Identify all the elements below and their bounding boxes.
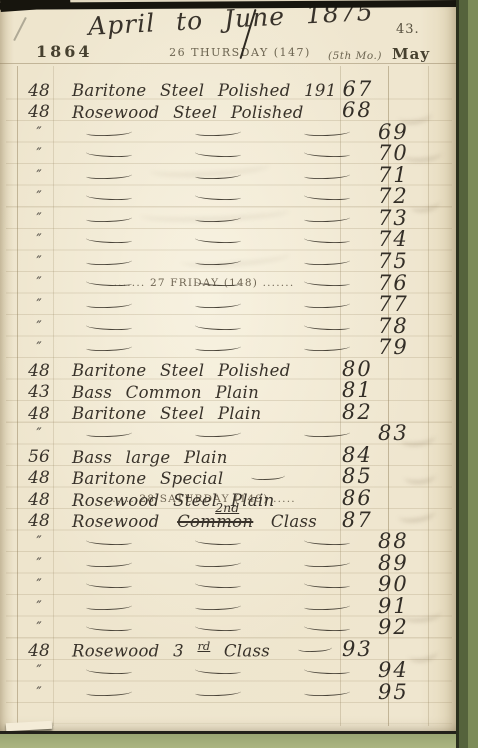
handwritten-dash [304,667,350,675]
handwritten-dash [86,538,132,546]
serial-number: 77 [378,295,448,315]
quantity: ″ [22,578,56,595]
description-text: Rosewood Steel Polished [72,103,304,122]
handwritten-dash [86,150,132,158]
handwritten-dash [195,559,241,567]
ledger-row: 48Rosewood Steel Polished 68 [0,100,458,122]
description [72,301,372,315]
handwritten-dash [86,258,132,266]
ledger-row: ....... 27 FRIDAY (148) .......″76 [0,272,458,294]
struck-word: 2ndCommon [177,513,253,530]
description [72,344,372,358]
quantity: ″ [22,276,56,293]
book-bottom-edge [0,731,458,748]
description [72,150,372,164]
inserted-correction: 2nd [215,501,239,514]
serial-number: 79 [378,338,448,358]
handwritten-dash [86,236,132,244]
handwritten-dash [304,581,350,589]
description: Bass large Plain [72,449,336,466]
handwritten-dash [195,128,241,136]
ledger-row: ″91 [0,595,458,617]
description-text: Rosewood 3 [72,641,184,660]
description [72,236,372,250]
book-top-edge-corner [0,0,71,12]
quantity: ″ [22,621,56,638]
serial-number: 90 [378,575,448,595]
quantity: ″ [22,664,56,681]
ledger-row: 48Rosewood 2ndCommon Class 87 [0,509,458,531]
description: Baritone Special [72,470,336,487]
description [72,129,372,143]
handwritten-dash [86,667,132,675]
serial-number: 95 [378,683,448,703]
description [72,667,372,681]
quantity: 48 [22,492,56,509]
description: Baritone Steel Plain [72,405,336,422]
handwritten-dash [86,581,132,589]
handwritten-dash [86,171,132,179]
serial-number: 85 [342,467,412,487]
description: Rosewood 2ndCommon Class [72,513,336,530]
ledger-row: 48Rosewood 3 rd Class 93 [0,638,458,660]
description [72,279,372,293]
description [72,560,372,574]
quantity: 48 [22,104,56,121]
description [72,172,372,186]
serial-number: 88 [378,532,448,552]
month-prefix: (5th Mo.) [328,50,382,62]
quantity: 48 [22,643,56,660]
serial-number: 75 [378,252,448,272]
ledger-row: 43Bass Common Plain 81 [0,380,458,402]
description [72,258,372,272]
ledger-row: ″94 [0,660,458,682]
handwritten-dash [195,301,241,309]
serial-number: 80 [342,360,412,380]
serial-number: 94 [378,661,448,681]
ledger-row: 48Baritone Steel Polished 191 67 [0,78,458,100]
handwritten-dash [195,581,241,589]
quantity: ″ [22,233,56,250]
ledger-row: ″72 [0,186,458,208]
description-text: Rosewood [72,512,160,531]
handwritten-dash [86,559,132,567]
ledger-row: ″83 [0,423,458,445]
page-number: 43. [396,22,420,37]
handwritten-dash [304,301,350,309]
description-text: Baritone Special [72,469,223,488]
quantity: ″ [22,190,56,207]
quantity: 48 [22,363,56,380]
description [72,323,372,337]
printed-month-heading: (5th Mo.) May [328,44,430,63]
handwritten-dash [86,193,132,201]
handwritten-dash [195,193,241,201]
handwritten-dash [304,236,350,244]
handwritten-dash [304,171,350,179]
description-text: Baritone Steel Polished [72,361,291,380]
handwritten-dash [86,344,132,352]
handwritten-dash [195,624,241,632]
serial-number: 74 [378,230,448,250]
description [72,603,372,617]
ledger-row: 48Baritone Steel Plain 82 [0,401,458,423]
description: Rosewood Steel Polished [72,104,336,121]
handwritten-dash [86,688,132,696]
quantity: ″ [22,147,56,164]
handwritten-dash [304,344,350,352]
quantity: ″ [22,535,56,552]
scanned-ledger-photo: April to June 1875 43. 1864 26 THURSDAY … [0,0,478,748]
description [72,581,372,595]
description-text: Rosewood Steel Plain [72,491,275,510]
description-text: Class [224,641,270,660]
handwritten-dash [86,301,132,309]
quantity: 48 [22,83,56,100]
ledger-row: ″90 [0,574,458,596]
description: Rosewood 3 rd Class [72,640,336,660]
description-text: Class [271,512,317,531]
description-text: Bass large Plain [72,448,228,467]
serial-number: 84 [342,446,412,466]
description [72,193,372,207]
serial-number: 67 [343,80,413,100]
handwritten-dash [304,150,350,158]
description-text: Baritone Steel Plain [72,404,261,423]
quantity: 43 [22,384,56,401]
handwritten-dash [195,258,241,266]
ledger-row: ″92 [0,617,458,639]
quantity: ″ [22,298,56,315]
quantity: 56 [22,449,56,466]
quantity: ″ [22,557,56,574]
handwritten-dash [195,602,241,610]
description [72,624,372,638]
quantity: ″ [22,686,56,703]
book-right-edge [456,0,478,748]
header-rule [0,63,458,64]
serial-number: 86 [342,489,412,509]
handwritten-dash [304,322,350,330]
serial-number: 71 [378,166,448,186]
quantity: 48 [22,470,56,487]
ledger-row: ″95 [0,681,458,703]
month-name: May [392,45,430,63]
handwritten-dash [304,193,350,201]
handwritten-dash [251,473,285,481]
handwritten-dash [86,279,132,287]
handwritten-dash [195,688,241,696]
ledger-row: ″77 [0,293,458,315]
serial-number: 89 [378,554,448,574]
handwritten-dash [304,538,350,546]
description: Baritone Steel Polished [72,362,336,379]
handwritten-dash [195,279,241,287]
handwritten-dash [195,430,241,438]
description-text: Baritone Steel Polished 191 [72,81,337,100]
serial-number: 69 [378,123,448,143]
handwritten-dash [86,624,132,632]
handwritten-dash [304,128,350,136]
ledger-row: ″78 [0,315,458,337]
ledger-row: 48Baritone Steel Polished 80 [0,358,458,380]
printed-year: 1864 [36,42,93,61]
handwritten-dash [304,624,350,632]
ledger-row: ″70 [0,143,458,165]
quantity: ″ [22,126,56,143]
ledger-rows: 48Baritone Steel Polished 191 6748Rosewo… [0,78,458,703]
handwritten-dash [195,322,241,330]
handwritten-dash [195,538,241,546]
ordinal-suffix: rd [197,639,210,653]
handwritten-dash [195,236,241,244]
handwritten-dash [304,258,350,266]
quantity: ″ [22,212,56,229]
handwritten-dash [86,430,132,438]
description: Baritone Steel Polished 191 [72,82,337,99]
quantity: ″ [22,427,56,444]
struck-text: Common [177,512,253,531]
description: Rosewood Steel Plain [72,492,336,509]
quantity: ″ [22,341,56,358]
ledger-row: ″79 [0,337,458,359]
handwritten-dash [304,279,350,287]
serial-number: 93 [342,640,412,660]
quantity: 48 [22,513,56,530]
quantity: 48 [22,406,56,423]
handwritten-dash [304,559,350,567]
serial-number: 82 [342,403,412,423]
ledger-row: 48Baritone Special 85 [0,466,458,488]
handwritten-dash [195,150,241,158]
quantity: ″ [22,600,56,617]
handwritten-dash [195,171,241,179]
description [72,538,372,552]
quantity: ″ [22,169,56,186]
handwritten-dash [86,602,132,610]
handwritten-dash [195,667,241,675]
serial-number: 73 [378,209,448,229]
ledger-row: ″74 [0,229,458,251]
ledger-row: ″88 [0,530,458,552]
handwritten-dash [86,214,132,222]
handwritten-dash [304,430,350,438]
quantity: ″ [22,320,56,337]
description: Bass Common Plain [72,384,336,401]
serial-number: 76 [378,274,448,294]
handwritten-dash [86,322,132,330]
ledger-row: ″89 [0,552,458,574]
pencil-mark [13,17,27,41]
description-text: Bass Common Plain [72,383,259,402]
quantity: ″ [22,255,56,272]
description [72,430,372,444]
serial-number: 78 [378,317,448,337]
ledger-page: April to June 1875 43. 1864 26 THURSDAY … [0,0,458,734]
handwritten-dash [304,214,350,222]
handwritten-dash [304,602,350,610]
handwritten-dash [195,214,241,222]
description [72,689,372,703]
handwritten-dash [195,344,241,352]
description [72,215,372,229]
handwritten-dash [298,645,332,653]
serial-number: 81 [342,381,412,401]
ledger-row: 56Bass large Plain 84 [0,444,458,466]
handwritten-dash [86,128,132,136]
ledger-row: ″69 [0,121,458,143]
handwritten-dash [304,688,350,696]
